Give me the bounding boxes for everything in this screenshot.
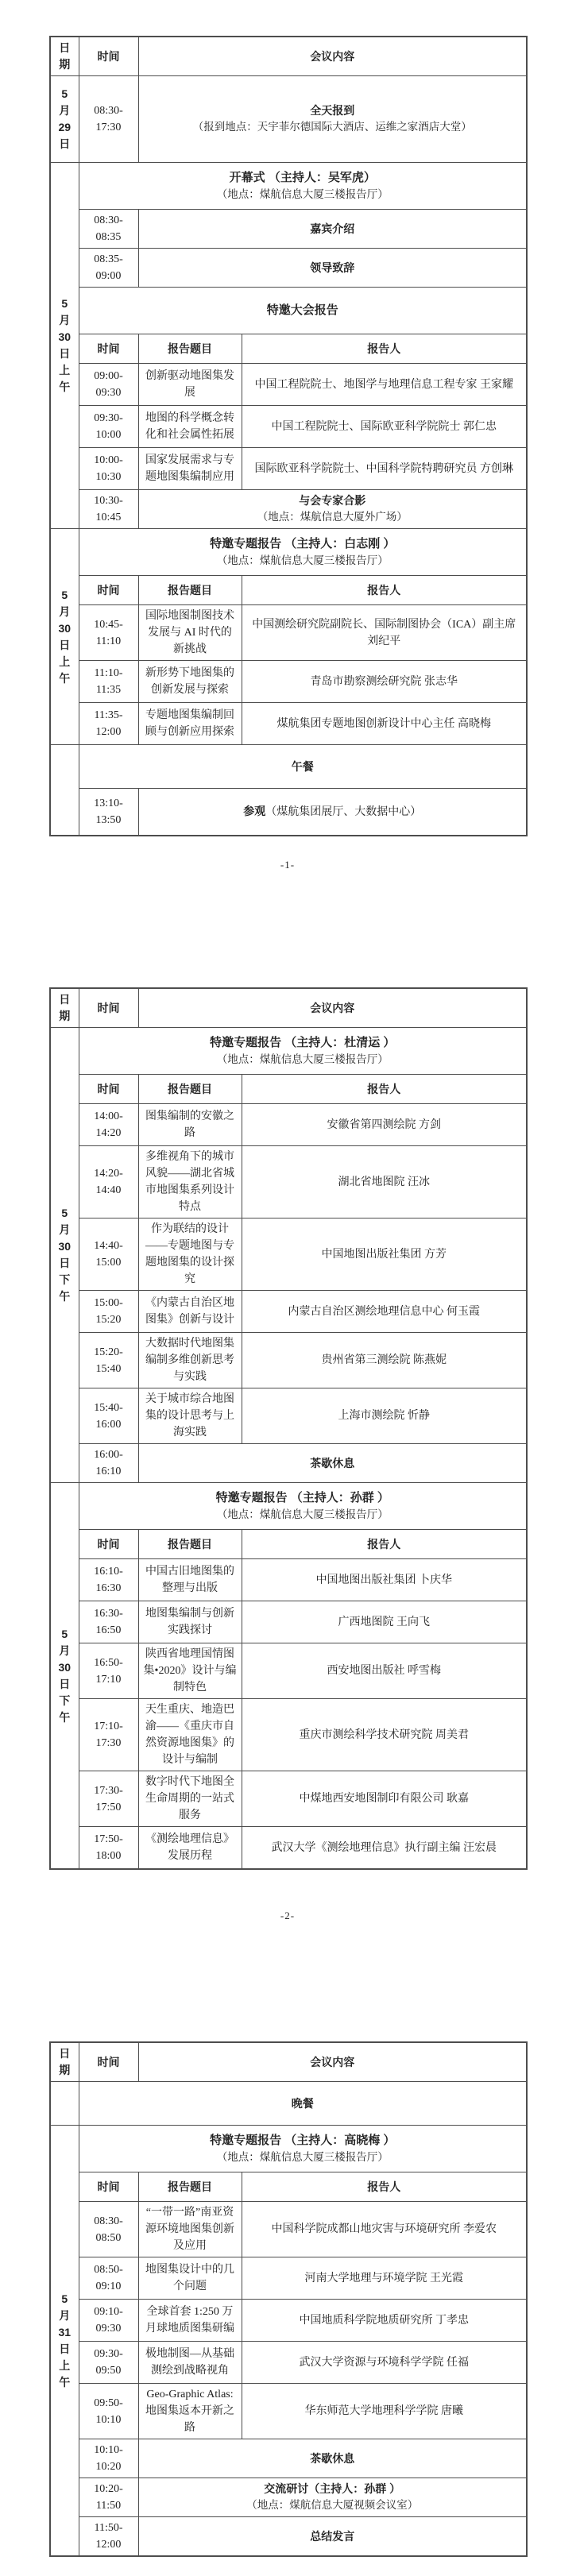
table-row: 09:10-09:30全球首套 1:250 万月球地质图集研编中国地质科学院地质… — [50, 2300, 527, 2342]
speaker-cell: 中煤地西安地图制印有限公司 耿嘉 — [242, 1771, 527, 1827]
speaker-cell: 中国工程院院士、地图学与地理信息工程专家 王家耀 — [242, 364, 527, 406]
speaker-cell: 上海市测绘院 忻静 — [242, 1388, 527, 1444]
time-cell: 14:20-14:40 — [79, 1146, 138, 1218]
table-row: 10:00-10:30国家发展需求与专题地图集编制应用国际欧亚科学院院士、中国科… — [50, 448, 527, 490]
time-cell: 13:10-13:50 — [79, 789, 138, 836]
table-row: 15:40-16:00关于城市综合地图集的设计思考与上海实践上海市测绘院 忻静 — [50, 1388, 527, 1444]
report-title-cell: 地图集设计中的几个问题 — [138, 2257, 242, 2300]
time-cell: 09:30-09:50 — [79, 2342, 138, 2384]
time-cell: 17:50-18:00 — [79, 1827, 138, 1870]
subheader-time: 时间 — [79, 1530, 138, 1559]
time-cell: 10:20-11:50 — [79, 2478, 138, 2517]
date-cell: 5 月 29 日 — [50, 76, 79, 163]
session-title: 特邀专题报告 （主持人：孙群 ） — [84, 1489, 522, 1508]
speaker-cell: 安徽省第四测绘院 方剑 — [242, 1104, 527, 1146]
table-row: 09:30-09:50极地制图—从基础测绘到战略视角武汉大学资源与环境科学学院 … — [50, 2342, 527, 2384]
speaker-cell: 贵州省第三测绘院 陈燕妮 — [242, 1333, 527, 1388]
subheader-speaker: 报告人 — [242, 1075, 527, 1104]
speaker-cell: 煤航集团专题地图创新设计中心主任 高晓梅 — [242, 703, 527, 745]
table-row: 日期时间会议内容 — [50, 2042, 527, 2082]
table-row: 时间报告题目报告人 — [50, 576, 527, 605]
schedule-table-page-1: 日期时间会议内容5 月 29 日08:30-17:30全天报到（报到地点：天宇菲… — [49, 36, 528, 836]
table-row: 5 月 30 日 上午特邀专题报告 （主持人：白志刚 ）（地点：煤航信息大厦三楼… — [50, 529, 527, 576]
page-number-1: -1- — [49, 859, 526, 871]
event-location: （地点：煤航信息大厦视频会议室） — [144, 2497, 522, 2513]
table-row: 15:00-15:20《内蒙古自治区地图集》创新与设计内蒙古自治区测绘地理信息中… — [50, 1291, 527, 1333]
subheader-speaker: 报告人 — [242, 334, 527, 364]
session-banner-cell: 特邀专题报告 （主持人：孙群 ）（地点：煤航信息大厦三楼报告厅） — [79, 1483, 527, 1530]
subheader-report-title: 报告题目 — [138, 576, 242, 605]
subheader-report-title: 报告题目 — [138, 1075, 242, 1104]
time-cell: 17:30-17:50 — [79, 1771, 138, 1827]
report-title-cell: 天生重庆、地造巴渝——《重庆市自然资源地图集》的设计与编制 — [138, 1699, 242, 1771]
table-row: 10:10-10:20茶歇休息 — [50, 2439, 527, 2478]
conference-agenda-document: 日期时间会议内容5 月 29 日08:30-17:30全天报到（报到地点：天宇菲… — [0, 36, 580, 2557]
table-row: 日期时间会议内容 — [50, 988, 527, 1028]
report-title-cell: 创新驱动地图集发展 — [138, 364, 242, 406]
speaker-cell: 广西地图院 王向飞 — [242, 1601, 527, 1643]
table-row: 5 月 31 日 上午特邀专题报告 （主持人：高晓梅 ）（地点：煤航信息大厦三楼… — [50, 2126, 527, 2172]
time-cell: 14:00-14:20 — [79, 1104, 138, 1146]
subheader-report-title: 报告题目 — [138, 334, 242, 364]
column-header-date: 日期 — [50, 2042, 79, 2082]
report-title-cell: 陕西省地理国情图集•2020》设计与编制特色 — [138, 1643, 242, 1699]
table-row: 08:30-08:50“一带一路”南亚资源环境地图集创新及应用中国科学院成都山地… — [50, 2202, 527, 2257]
report-title-cell: 多维视角下的城市风貌——湖北省城市地图集系列设计特点 — [138, 1146, 242, 1218]
event-content-cell: 领导致辞 — [138, 249, 527, 288]
table-row: 5 月 30 日 上午开幕式 （主持人：吴军虎）（地点：煤航信息大厦三楼报告厅） — [50, 163, 527, 210]
session-banner-cell: 特邀大会报告 — [79, 288, 527, 334]
time-cell: 10:00-10:30 — [79, 448, 138, 490]
table-row: 日期时间会议内容 — [50, 37, 527, 76]
column-header-time: 时间 — [79, 988, 138, 1028]
subheader-report-title: 报告题目 — [138, 2172, 242, 2202]
speaker-cell: 中国科学院成都山地灾害与环境研究所 李爱农 — [242, 2202, 527, 2257]
table-row: 时间报告题目报告人 — [50, 334, 527, 364]
session-location: （地点：煤航信息大厦三楼报告厅） — [84, 553, 522, 569]
event-content-cell: 茶歇休息 — [138, 1444, 527, 1483]
time-cell: 17:10-17:30 — [79, 1699, 138, 1771]
session-banner-cell: 开幕式 （主持人：吴军虎）（地点：煤航信息大厦三楼报告厅） — [79, 163, 527, 210]
date-cell — [50, 2082, 79, 2126]
event-title: 茶歇休息 — [144, 2450, 522, 2467]
speaker-cell: 西安地图出版社 呼雪梅 — [242, 1643, 527, 1699]
time-cell: 15:00-15:20 — [79, 1291, 138, 1333]
time-cell: 09:10-09:30 — [79, 2300, 138, 2342]
session-banner-cell: 特邀专题报告 （主持人：杜清运 ）（地点：煤航信息大厦三楼报告厅） — [79, 1028, 527, 1075]
report-title-cell: 全球首套 1:250 万月球地质图集研编 — [138, 2300, 242, 2342]
date-cell: 5 月 30 日 下午 — [50, 1483, 79, 1870]
table-row: 14:40-15:00作为联结的设计——专题地图与专题地图集的设计探究中国地图出… — [50, 1218, 527, 1291]
event-title: 全天报到 — [144, 102, 522, 119]
table-row: 14:20-14:40多维视角下的城市风貌——湖北省城市地图集系列设计特点湖北省… — [50, 1146, 527, 1218]
session-location: （地点：煤航信息大厦三楼报告厅） — [84, 1507, 522, 1523]
report-title-cell: 中国古旧地图集的整理与出版 — [138, 1559, 242, 1601]
time-cell: 11:50-12:00 — [79, 2517, 138, 2557]
session-banner-cell: 特邀专题报告 （主持人：白志刚 ）（地点：煤航信息大厦三楼报告厅） — [79, 529, 527, 576]
table-row: 5 月 29 日08:30-17:30全天报到（报到地点：天宇菲尔德国际大酒店、… — [50, 76, 527, 163]
table-row: 13:10-13:50参观（煤航集团展厅、大数据中心） — [50, 789, 527, 836]
report-title-cell: 国际地图制图技术发展与 AI 时代的新挑战 — [138, 605, 242, 661]
table-row: 11:10-11:35新形势下地图集的创新发展与探索青岛市勘察测绘研究院 张志华 — [50, 661, 527, 703]
event-content-cell: 全天报到（报到地点：天宇菲尔德国际大酒店、运维之家酒店大堂） — [138, 76, 527, 163]
session-banner-cell: 特邀专题报告 （主持人：高晓梅 ）（地点：煤航信息大厦三楼报告厅） — [79, 2126, 527, 2172]
time-cell: 10:45-11:10 — [79, 605, 138, 661]
speaker-cell: 内蒙古自治区测绘地理信息中心 何玉霞 — [242, 1291, 527, 1333]
time-cell: 10:30-10:45 — [79, 490, 138, 529]
report-title-cell: 极地制图—从基础测绘到战略视角 — [138, 2342, 242, 2384]
table-row: 09:30-10:00地图的科学概念转化和社会属性拓展中国工程院院士、国际欧亚科… — [50, 406, 527, 448]
speaker-cell: 河南大学地理与环境学院 王光霞 — [242, 2257, 527, 2300]
report-title-cell: Geo-Graphic Atlas: 地图集返本开新之路 — [138, 2384, 242, 2439]
session-title: 特邀大会报告 — [84, 302, 522, 320]
report-title-cell: 关于城市综合地图集的设计思考与上海实践 — [138, 1388, 242, 1444]
table-row: 时间报告题目报告人 — [50, 1075, 527, 1104]
report-title-cell: 地图集编制与创新实践探讨 — [138, 1601, 242, 1643]
time-cell: 16:00-16:10 — [79, 1444, 138, 1483]
time-cell: 09:50-10:10 — [79, 2384, 138, 2439]
event-title: 嘉宾介绍 — [144, 221, 522, 238]
speaker-cell: 国际欧亚科学院院士、中国科学院特聘研究员 方创琳 — [242, 448, 527, 490]
fullspan-cell: 午餐 — [79, 745, 527, 789]
report-title-cell: 《内蒙古自治区地图集》创新与设计 — [138, 1291, 242, 1333]
speaker-cell: 中国地图出版社集团 方芳 — [242, 1218, 527, 1291]
speaker-cell: 重庆市测绘科学技术研究院 周美君 — [242, 1699, 527, 1771]
speaker-cell: 中国地质科学院地质研究所 丁孝忠 — [242, 2300, 527, 2342]
date-cell: 5 月 31 日 上午 — [50, 2126, 79, 2557]
date-cell: 5 月 30 日 上午 — [50, 163, 79, 529]
session-title: 特邀专题报告 （主持人：杜清运 ） — [84, 1034, 522, 1052]
table-row: 17:10-17:30天生重庆、地造巴渝——《重庆市自然资源地图集》的设计与编制… — [50, 1699, 527, 1771]
event-note-inline: （煤航集团展厅、大数据中心） — [265, 806, 421, 818]
event-title: 总结发言 — [144, 2528, 522, 2545]
subheader-speaker: 报告人 — [242, 2172, 527, 2202]
page-number-2: -2- — [49, 1910, 526, 1922]
table-row: 16:10-16:30中国古旧地图集的整理与出版中国地图出版社集团 卜庆华 — [50, 1559, 527, 1601]
event-content-cell: 嘉宾介绍 — [138, 210, 527, 249]
speaker-cell: 青岛市勘察测绘研究院 张志华 — [242, 661, 527, 703]
subheader-speaker: 报告人 — [242, 576, 527, 605]
subheader-time: 时间 — [79, 1075, 138, 1104]
time-cell: 09:00-09:30 — [79, 364, 138, 406]
speaker-cell: 湖北省地图院 汪冰 — [242, 1146, 527, 1218]
time-cell: 16:50-17:10 — [79, 1643, 138, 1699]
table-row: 5 月 30 日 下午特邀专题报告 （主持人：孙群 ）（地点：煤航信息大厦三楼报… — [50, 1483, 527, 1530]
table-row: 15:20-15:40大数据时代地图集编制多维创新思考与实践贵州省第三测绘院 陈… — [50, 1333, 527, 1388]
table-row: 11:35-12:00专题地图集编制回顾与创新应用探索煤航集团专题地图创新设计中… — [50, 703, 527, 745]
table-row: 08:30-08:35嘉宾介绍 — [50, 210, 527, 249]
schedule-table-page-2: 日期时间会议内容5 月 30 日 下午特邀专题报告 （主持人：杜清运 ）（地点：… — [49, 987, 528, 1870]
event-location: （报到地点：天宇菲尔德国际大酒店、运维之家酒店大堂） — [144, 119, 522, 135]
time-cell: 08:30-08:35 — [79, 210, 138, 249]
table-row: 5 月 30 日 下午特邀专题报告 （主持人：杜清运 ）（地点：煤航信息大厦三楼… — [50, 1028, 527, 1075]
event-title: 与会专家合影 — [144, 492, 522, 509]
schedule-table-page-3: 日期时间会议内容晚餐5 月 31 日 上午特邀专题报告 （主持人：高晓梅 ）（地… — [49, 2041, 528, 2557]
table-row: 16:50-17:10陕西省地理国情图集•2020》设计与编制特色西安地图出版社… — [50, 1643, 527, 1699]
time-cell: 16:10-16:30 — [79, 1559, 138, 1601]
report-title-cell: “一带一路”南亚资源环境地图集创新及应用 — [138, 2202, 242, 2257]
event-line: 参观（煤航集团展厅、大数据中心） — [144, 803, 522, 821]
event-title: 领导致辞 — [144, 260, 522, 276]
column-header-content: 会议内容 — [138, 37, 527, 76]
speaker-cell: 中国测绘研究院副院长、国际制图协会（ICA）副主席 刘纪平 — [242, 605, 527, 661]
session-location: （地点：煤航信息大厦三楼报告厅） — [84, 187, 522, 203]
report-title-cell: 作为联结的设计——专题地图与专题地图集的设计探究 — [138, 1218, 242, 1291]
table-row: 晚餐 — [50, 2082, 527, 2126]
report-title-cell: 国家发展需求与专题地图集编制应用 — [138, 448, 242, 490]
report-title-cell: 地图的科学概念转化和社会属性拓展 — [138, 406, 242, 448]
table-row: 17:30-17:50数字时代下地图全生命周期的一站式服务中煤地西安地图制印有限… — [50, 1771, 527, 1827]
event-location: （地点：煤航信息大厦外广场） — [144, 509, 522, 525]
time-cell: 11:10-11:35 — [79, 661, 138, 703]
date-cell — [50, 745, 79, 836]
column-header-date: 日期 — [50, 37, 79, 76]
session-title: 特邀专题报告 （主持人：白志刚 ） — [84, 535, 522, 554]
event-content-cell: 交流研讨（主持人：孙群 ）（地点：煤航信息大厦视频会议室） — [138, 2478, 527, 2517]
date-cell: 5 月 30 日 下午 — [50, 1028, 79, 1483]
event-content-cell: 总结发言 — [138, 2517, 527, 2557]
speaker-cell: 武汉大学资源与环境科学学院 任福 — [242, 2342, 527, 2384]
session-title: 开幕式 （主持人：吴军虎） — [84, 169, 522, 187]
subheader-time: 时间 — [79, 334, 138, 364]
session-title: 特邀专题报告 （主持人：高晓梅 ） — [84, 2132, 522, 2150]
time-cell: 14:40-15:00 — [79, 1218, 138, 1291]
table-row: 09:00-09:30创新驱动地图集发展中国工程院院士、地图学与地理信息工程专家… — [50, 364, 527, 406]
table-row: 16:30-16:50地图集编制与创新实践探讨广西地图院 王向飞 — [50, 1601, 527, 1643]
table-row: 17:50-18:00《测绘地理信息》发展历程武汉大学《测绘地理信息》执行副主编… — [50, 1827, 527, 1870]
speaker-cell: 中国工程院院士、国际欧亚科学院院士 郭仁忠 — [242, 406, 527, 448]
report-title-cell: 专题地图集编制回顾与创新应用探索 — [138, 703, 242, 745]
report-title-cell: 数字时代下地图全生命周期的一站式服务 — [138, 1771, 242, 1827]
speaker-cell: 华东师范大学地理科学学院 唐曦 — [242, 2384, 527, 2439]
subheader-time: 时间 — [79, 576, 138, 605]
time-cell: 16:30-16:50 — [79, 1601, 138, 1643]
event-title: 茶歇休息 — [144, 1455, 522, 1472]
event-content-cell: 参观（煤航集团展厅、大数据中心） — [138, 789, 527, 836]
table-row: 16:00-16:10茶歇休息 — [50, 1444, 527, 1483]
fullspan-title: 午餐 — [84, 759, 522, 775]
event-content-cell: 与会专家合影（地点：煤航信息大厦外广场） — [138, 490, 527, 529]
table-row: 11:50-12:00总结发言 — [50, 2517, 527, 2557]
event-title: 交流研讨（主持人：孙群 ） — [144, 2481, 522, 2497]
report-title-cell: 大数据时代地图集编制多维创新思考与实践 — [138, 1333, 242, 1388]
time-cell: 15:40-16:00 — [79, 1388, 138, 1444]
table-row: 特邀大会报告 — [50, 288, 527, 334]
time-cell: 08:30-08:50 — [79, 2202, 138, 2257]
column-header-time: 时间 — [79, 2042, 138, 2082]
fullspan-cell: 晚餐 — [79, 2082, 527, 2126]
table-row: 时间报告题目报告人 — [50, 1530, 527, 1559]
report-title-cell: 图集编制的安徽之路 — [138, 1104, 242, 1146]
time-cell: 08:35-09:00 — [79, 249, 138, 288]
table-row: 09:50-10:10Geo-Graphic Atlas: 地图集返本开新之路华… — [50, 2384, 527, 2439]
time-cell: 11:35-12:00 — [79, 703, 138, 745]
table-row: 08:35-09:00领导致辞 — [50, 249, 527, 288]
session-location: （地点：煤航信息大厦三楼报告厅） — [84, 2149, 522, 2165]
time-cell: 09:30-10:00 — [79, 406, 138, 448]
session-location: （地点：煤航信息大厦三楼报告厅） — [84, 1052, 522, 1068]
report-title-cell: 《测绘地理信息》发展历程 — [138, 1827, 242, 1870]
subheader-report-title: 报告题目 — [138, 1530, 242, 1559]
time-cell: 08:50-09:10 — [79, 2257, 138, 2300]
date-cell: 5 月 30 日 上午 — [50, 529, 79, 745]
subheader-speaker: 报告人 — [242, 1530, 527, 1559]
column-header-time: 时间 — [79, 37, 138, 76]
report-title-cell: 新形势下地图集的创新发展与探索 — [138, 661, 242, 703]
table-row: 午餐 — [50, 745, 527, 789]
subheader-time: 时间 — [79, 2172, 138, 2202]
column-header-date: 日期 — [50, 988, 79, 1028]
time-cell: 15:20-15:40 — [79, 1333, 138, 1388]
time-cell: 08:30-17:30 — [79, 76, 138, 163]
table-row: 10:30-10:45与会专家合影（地点：煤航信息大厦外广场） — [50, 490, 527, 529]
table-row: 10:45-11:10国际地图制图技术发展与 AI 时代的新挑战中国测绘研究院副… — [50, 605, 527, 661]
event-content-cell: 茶歇休息 — [138, 2439, 527, 2478]
fullspan-title: 晚餐 — [84, 2095, 522, 2112]
column-header-content: 会议内容 — [138, 2042, 527, 2082]
time-cell: 10:10-10:20 — [79, 2439, 138, 2478]
table-row: 14:00-14:20图集编制的安徽之路安徽省第四测绘院 方剑 — [50, 1104, 527, 1146]
speaker-cell: 中国地图出版社集团 卜庆华 — [242, 1559, 527, 1601]
column-header-content: 会议内容 — [138, 988, 527, 1028]
table-row: 10:20-11:50交流研讨（主持人：孙群 ）（地点：煤航信息大厦视频会议室） — [50, 2478, 527, 2517]
event-title: 参观 — [243, 805, 265, 817]
table-row: 时间报告题目报告人 — [50, 2172, 527, 2202]
table-row: 08:50-09:10地图集设计中的几个问题河南大学地理与环境学院 王光霞 — [50, 2257, 527, 2300]
speaker-cell: 武汉大学《测绘地理信息》执行副主编 汪宏晨 — [242, 1827, 527, 1870]
